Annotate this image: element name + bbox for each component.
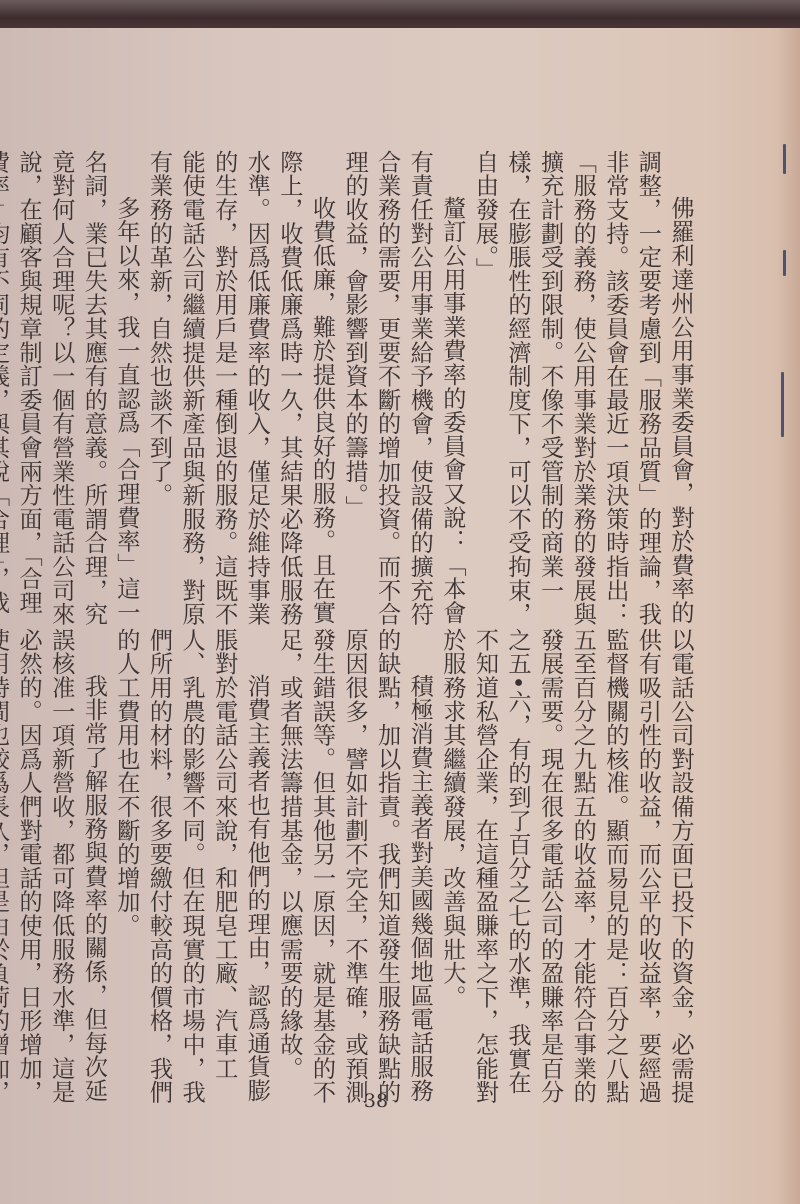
paragraph: 收費低廉，難於提供良好的服務。且在實際上，收費低廉爲時一久，其結果必降低服務水準… — [142, 150, 338, 626]
page-number: 38 — [356, 1090, 396, 1112]
paragraph: 佛羅利達州公用事業委員會，對於費率的調整，一定要考慮到「服務品質」的理論，我非常… — [468, 150, 696, 626]
paragraph: 多年以來，我一直認爲「合理費率」這一名詞，業已失去其應有的意義。所謂合理，究竟對… — [0, 150, 142, 626]
page-edge-mark — [781, 372, 784, 437]
book-page-photo: 佛羅利達州公用事業委員會，對於費率的調整，一定要考慮到「服務品質」的理論，我非常… — [0, 0, 800, 1204]
top-text-tier: 佛羅利達州公用事業委員會，對於費率的調整，一定要考慮到「服務品質」的理論，我非常… — [96, 150, 696, 626]
book-page: 佛羅利達州公用事業委員會，對於費率的調整，一定要考慮到「服務品質」的理論，我非常… — [0, 28, 800, 1204]
paragraph: 消費主義者也有他們的理由，認爲通貨膨脹對於電話公司來說，和肥皂工廠、汽車工人、乳… — [109, 628, 272, 1104]
page-edge-mark — [783, 250, 786, 276]
paragraph: 以電話公司對設備方面已投下的資金，必需提供有吸引性的收益，而公平的收益率，要經過… — [435, 628, 696, 1104]
page-edge-mark — [783, 144, 786, 174]
paragraph: 我非常了解服務與費率的關係，但每次延誤核准一項新營收，都可降低服務水準，這是必然… — [0, 628, 109, 1104]
bottom-text-tier: 以電話公司對設備方面已投下的資金，必需提供有吸引性的收益，而公平的收益率，要經過… — [96, 628, 696, 1104]
paragraph: 積極消費主義者對美國幾個地區電話服務的缺點，加以指責。我們知道發生服務缺點的原因… — [272, 628, 435, 1104]
paragraph: 釐訂公用事業費率的委員會又說：「本會有責任對公用事業給予機會，使設備的擴充符合業… — [337, 150, 467, 626]
